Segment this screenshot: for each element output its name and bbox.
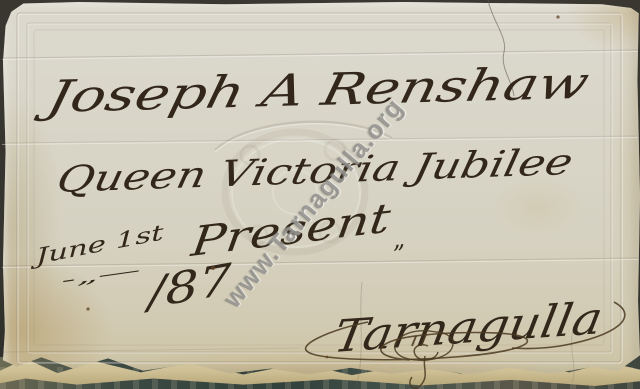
- foxing-speck: [86, 307, 89, 310]
- foxing-speck: [326, 356, 329, 359]
- foxing-speck: [211, 266, 215, 270]
- photo-frame: Joseph A Renshaw Queen Victoria Jubilee …: [0, 0, 640, 389]
- date-ditto-marks: -„—: [60, 260, 142, 290]
- foxing-speck: [556, 15, 559, 18]
- present-ditto-marks: „: [390, 225, 406, 254]
- handwritten-date-month: June 1st: [30, 219, 165, 270]
- card-artwork: Joseph A Renshaw Queen Victoria Jubilee …: [0, 0, 640, 389]
- handwritten-name: Joseph A Renshaw: [32, 57, 594, 123]
- handwriting: Joseph A Renshaw Queen Victoria Jubilee …: [30, 15, 625, 388]
- handwritten-occasion: Queen Victoria Jubilee: [53, 140, 577, 201]
